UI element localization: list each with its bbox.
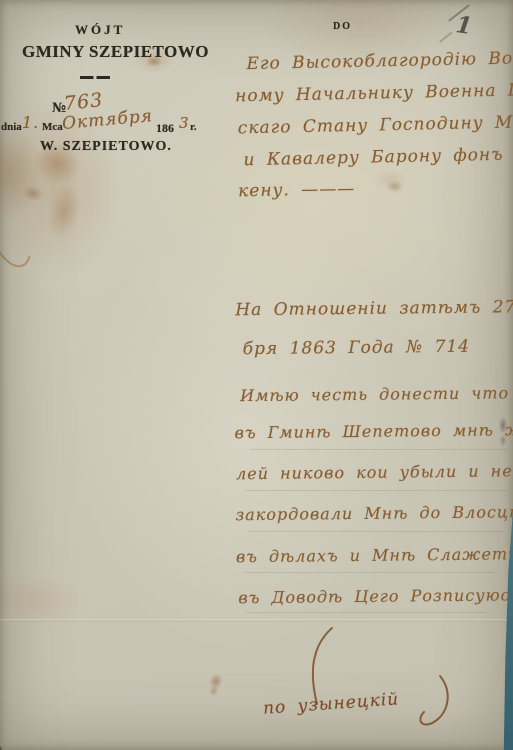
body-line: въ дѣлахъ и Мнѣ Слажетъ xyxy=(236,544,513,566)
to-label: DO xyxy=(333,21,352,32)
smudge-right-edge xyxy=(495,415,511,449)
address-line: и Кавалеру Барону фонъ Нол xyxy=(243,144,513,170)
paper-sheet: WÓJT GMINY SZEPIETOWO № 763 dnia 1. Mca … xyxy=(0,0,513,750)
year-printed: 186 xyxy=(156,121,174,136)
guide-line xyxy=(246,612,486,613)
month-label: Mca xyxy=(42,121,63,133)
document-photo: WÓJT GMINY SZEPIETOWO № 763 dnia 1. Mca … xyxy=(0,0,513,750)
body-line: На Отношеніи затѣмъ 27 Ноя xyxy=(235,297,513,320)
letterhead-place: W. SZEPIETOWO. xyxy=(40,139,172,155)
year-value: 3 xyxy=(179,114,190,132)
body-line: въ Гминѣ Шепетово мнѣ жите xyxy=(235,420,513,442)
letterhead-gmina-title: GMINY SZEPIETOWO xyxy=(22,42,209,62)
signature-text: по узынецкій xyxy=(262,689,399,718)
letterhead-divider xyxy=(80,76,110,79)
day-label: dnia xyxy=(1,121,22,133)
guide-line xyxy=(244,572,494,573)
fold-crease xyxy=(0,619,513,622)
guide-line xyxy=(245,490,508,491)
guide-line xyxy=(248,531,503,532)
ink-flourish-bleedthrough xyxy=(0,206,39,274)
letterhead-office-title: WÓJT xyxy=(75,22,125,38)
stain-spot-bottom xyxy=(199,667,231,702)
address-line: скаго Стану Господину Маіору xyxy=(238,111,513,138)
address-line: Его Высокоблагородію Воен xyxy=(246,48,513,74)
address-line: ному Начальнику Военна Шубин xyxy=(235,79,513,106)
body-line: закордовали Мнѣ до Влосцѣ xyxy=(235,502,513,524)
body-line: Имѣю честь донести что xyxy=(240,383,509,405)
pencil-slash xyxy=(439,31,453,42)
body-line: бря 1863 Года № 714 xyxy=(243,337,471,359)
body-line: лей никово кои убыли и не xyxy=(236,461,513,483)
body-line: въ Доводѣ Цего Розписуюсь — xyxy=(238,585,513,607)
address-line: кену. ——— xyxy=(238,179,355,201)
day-value: 1. xyxy=(22,113,39,132)
signature-flourish xyxy=(400,672,460,732)
stain-spot xyxy=(386,180,404,193)
guide-line xyxy=(250,449,508,450)
year-suffix: r. xyxy=(190,121,197,133)
